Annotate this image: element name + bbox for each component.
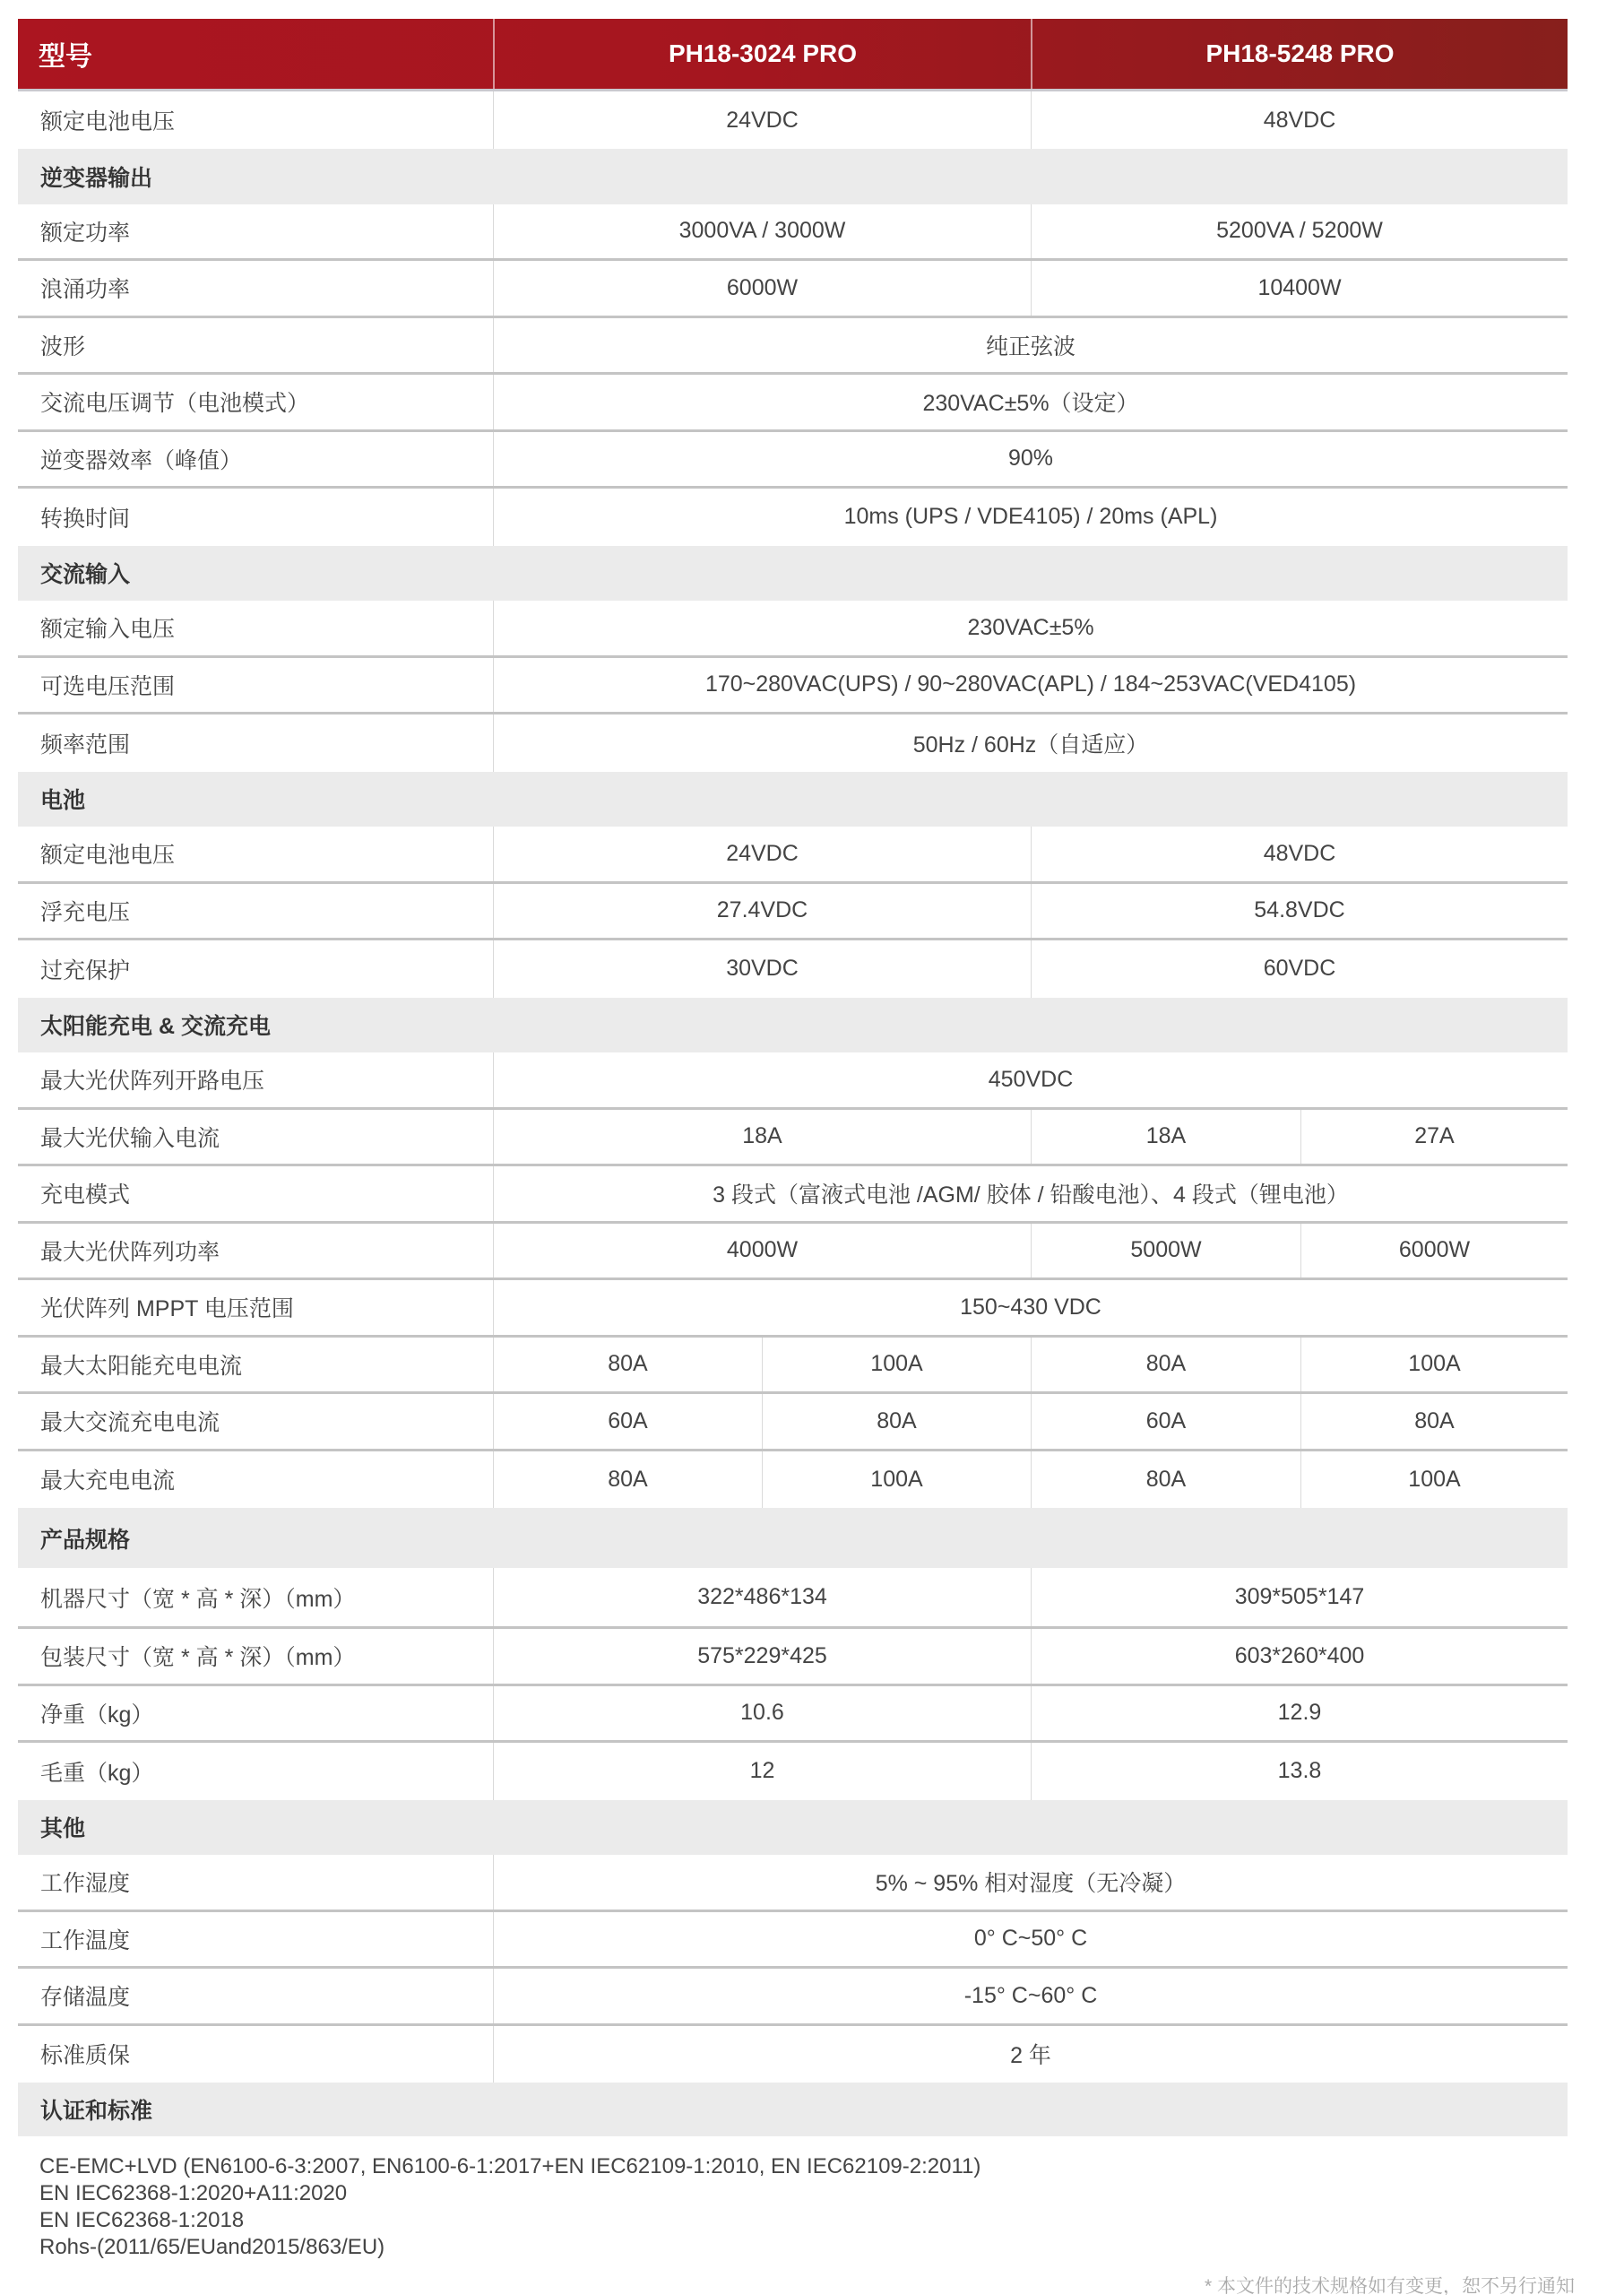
value-model-a: 24VDC — [493, 827, 1031, 881]
value-model-a: 30VDC — [493, 940, 1031, 998]
row-label: 额定电池电压 — [18, 91, 493, 149]
value-model-b: 12.9 — [1031, 1686, 1568, 1741]
spec-table: 型号 PH18-3024 PRO PH18-5248 PRO 额定电池电压 24… — [18, 19, 1568, 2261]
row-label: 最大充电电流 — [18, 1451, 493, 1509]
row-label: 净重（kg） — [18, 1686, 493, 1741]
value-shared: -15° C~60° C — [493, 1969, 1568, 2023]
certification-line: EN IEC62368-1:2018 — [39, 2207, 1568, 2234]
certification-line: CE-EMC+LVD (EN6100-6-3:2007, EN6100-6-1:… — [39, 2153, 1568, 2180]
spec-row: 额定电池电压 24VDC 48VDC — [18, 91, 1568, 149]
value-shared: 50Hz / 60Hz（自适应） — [493, 714, 1568, 772]
certification-line: Rohs-(2011/65/EUand2015/863/EU) — [39, 2234, 1568, 2261]
value-shared: 230VAC±5% — [493, 601, 1568, 655]
value-model-a: 4000W — [493, 1224, 1031, 1278]
value-model-a-variant-1: 60A — [493, 1394, 762, 1449]
value-model-b: 10400W — [1031, 261, 1568, 316]
value-model-b: 48VDC — [1031, 827, 1568, 881]
value-model-a-variant-2: 80A — [762, 1394, 1031, 1449]
header-model-ph18-3024: PH18-3024 PRO — [493, 19, 1031, 89]
section-battery: 电池 — [18, 772, 1568, 827]
value-model-b: 5200VA / 5200W — [1031, 204, 1568, 259]
row-label: 机器尺寸（宽 * 高 * 深）（mm） — [18, 1568, 493, 1626]
row-label: 包装尺寸（宽 * 高 * 深）（mm） — [18, 1629, 493, 1684]
row-label: 最大光伏阵列功率 — [18, 1224, 493, 1278]
value-model-a: 6000W — [493, 261, 1031, 316]
section-solar-ac-charging: 太阳能充电 & 交流充电 — [18, 998, 1568, 1053]
spec-row: 存储温度 -15° C~60° C — [18, 1969, 1568, 2026]
value-model-a: 575*229*425 — [493, 1629, 1031, 1684]
value-model-b-variant-1: 5000W — [1031, 1224, 1300, 1278]
value-model-b: 309*505*147 — [1031, 1568, 1568, 1626]
value-shared: 450VDC — [493, 1052, 1568, 1107]
spec-row: 净重（kg） 10.6 12.9 — [18, 1686, 1568, 1744]
value-model-a: 24VDC — [493, 91, 1031, 149]
row-label: 最大交流充电电流 — [18, 1394, 493, 1449]
row-label: 充电模式 — [18, 1166, 493, 1221]
spec-row: 浮充电压 27.4VDC 54.8VDC — [18, 884, 1568, 941]
value-shared: 2 年 — [493, 2026, 1568, 2083]
spec-row: 逆变器效率（峰值） 90% — [18, 432, 1568, 489]
row-label: 存储温度 — [18, 1969, 493, 2023]
section-ac-input: 交流输入 — [18, 546, 1568, 602]
spec-row: 转换时间 10ms (UPS / VDE4105) / 20ms (APL) — [18, 489, 1568, 546]
spec-row: 最大交流充电电流 60A 80A 60A 80A — [18, 1394, 1568, 1451]
value-model-b-variant-1: 80A — [1031, 1338, 1300, 1392]
value-model-a-variant-1: 80A — [493, 1338, 762, 1392]
value-model-b: 603*260*400 — [1031, 1629, 1568, 1684]
spec-row: 最大太阳能充电电流 80A 100A 80A 100A — [18, 1338, 1568, 1395]
row-label: 标准质保 — [18, 2026, 493, 2083]
value-model-a-variant-1: 80A — [493, 1451, 762, 1509]
value-model-b: 54.8VDC — [1031, 884, 1568, 939]
value-shared: 3 段式（富液式电池 /AGM/ 胶体 / 铅酸电池）、4 段式（锂电池） — [493, 1166, 1568, 1221]
spec-row: 标准质保 2 年 — [18, 2026, 1568, 2083]
row-label: 额定电池电压 — [18, 827, 493, 881]
spec-row: 最大光伏阵列功率 4000W 5000W 6000W — [18, 1224, 1568, 1281]
row-label: 最大太阳能充电电流 — [18, 1338, 493, 1392]
spec-row: 工作湿度 5% ~ 95% 相对湿度（无冷凝） — [18, 1855, 1568, 1912]
spec-row: 浪涌功率 6000W 10400W — [18, 261, 1568, 318]
certification-line: EN IEC62368-1:2020+A11:2020 — [39, 2180, 1568, 2207]
value-model-b: 60VDC — [1031, 940, 1568, 998]
value-model-a: 12 — [493, 1743, 1031, 1800]
spec-row: 额定功率 3000VA / 3000W 5200VA / 5200W — [18, 204, 1568, 262]
spec-row: 毛重（kg） 12 13.8 — [18, 1743, 1568, 1800]
spec-row: 机器尺寸（宽 * 高 * 深）（mm） 322*486*134 309*505*… — [18, 1568, 1568, 1629]
value-model-b-variant-1: 18A — [1031, 1110, 1300, 1165]
row-label: 可选电压范围 — [18, 658, 493, 713]
value-shared: 0° C~50° C — [493, 1912, 1568, 1967]
section-certifications: 认证和标准 — [18, 2083, 1568, 2136]
table-header: 型号 PH18-3024 PRO PH18-5248 PRO — [18, 19, 1568, 91]
spec-row: 波形 纯正弦波 — [18, 318, 1568, 376]
value-shared: 10ms (UPS / VDE4105) / 20ms (APL) — [493, 489, 1568, 546]
row-label: 工作湿度 — [18, 1855, 493, 1910]
spec-row: 频率范围 50Hz / 60Hz（自适应） — [18, 714, 1568, 772]
value-shared: 5% ~ 95% 相对湿度（无冷凝） — [493, 1855, 1568, 1910]
spec-row: 充电模式 3 段式（富液式电池 /AGM/ 胶体 / 铅酸电池）、4 段式（锂电… — [18, 1166, 1568, 1224]
row-label: 工作温度 — [18, 1912, 493, 1967]
value-shared: 150~430 VDC — [493, 1280, 1568, 1335]
spec-row: 过充保护 30VDC 60VDC — [18, 940, 1568, 998]
value-model-b-variant-2: 100A — [1300, 1451, 1568, 1509]
section-product-specs: 产品规格 — [18, 1508, 1568, 1568]
row-label: 最大光伏阵列开路电压 — [18, 1052, 493, 1107]
value-model-b: 13.8 — [1031, 1743, 1568, 1800]
row-label: 频率范围 — [18, 714, 493, 772]
spec-row: 最大充电电流 80A 100A 80A 100A — [18, 1451, 1568, 1509]
section-inverter-output: 逆变器输出 — [18, 149, 1568, 204]
value-model-b-variant-2: 6000W — [1300, 1224, 1568, 1278]
header-model-ph18-5248: PH18-5248 PRO — [1031, 19, 1568, 89]
value-model-a: 322*486*134 — [493, 1568, 1031, 1626]
value-shared: 170~280VAC(UPS) / 90~280VAC(APL) / 184~2… — [493, 658, 1568, 713]
spec-row: 工作温度 0° C~50° C — [18, 1912, 1568, 1970]
value-shared: 230VAC±5%（设定） — [493, 375, 1568, 429]
row-label: 波形 — [18, 318, 493, 373]
spec-row: 可选电压范围 170~280VAC(UPS) / 90~280VAC(APL) … — [18, 658, 1568, 715]
value-model-a-variant-2: 100A — [762, 1338, 1031, 1392]
value-shared: 纯正弦波 — [493, 318, 1568, 373]
section-other: 其他 — [18, 1800, 1568, 1856]
value-shared: 90% — [493, 432, 1568, 487]
spec-row: 光伏阵列 MPPT 电压范围 150~430 VDC — [18, 1280, 1568, 1338]
row-label: 毛重（kg） — [18, 1743, 493, 1800]
value-model-a-variant-2: 100A — [762, 1451, 1031, 1509]
spec-row: 额定电池电压 24VDC 48VDC — [18, 827, 1568, 884]
row-label: 额定输入电压 — [18, 601, 493, 655]
spec-row: 额定输入电压 230VAC±5% — [18, 601, 1568, 658]
header-model-label: 型号 — [18, 19, 493, 89]
row-label: 浮充电压 — [18, 884, 493, 939]
spec-row: 包装尺寸（宽 * 高 * 深）（mm） 575*229*425 603*260*… — [18, 1629, 1568, 1686]
row-label: 转换时间 — [18, 489, 493, 546]
row-label: 额定功率 — [18, 204, 493, 259]
value-model-b: 48VDC — [1031, 91, 1568, 149]
spec-row: 最大光伏阵列开路电压 450VDC — [18, 1052, 1568, 1110]
value-model-b-variant-2: 27A — [1300, 1110, 1568, 1165]
value-model-a: 10.6 — [493, 1686, 1031, 1741]
certification-list: CE-EMC+LVD (EN6100-6-3:2007, EN6100-6-1:… — [18, 2136, 1568, 2261]
row-label: 交流电压调节（电池模式） — [18, 375, 493, 429]
row-label: 浪涌功率 — [18, 261, 493, 316]
value-model-a: 18A — [493, 1110, 1031, 1165]
spec-row: 最大光伏输入电流 18A 18A 27A — [18, 1110, 1568, 1167]
value-model-b-variant-1: 80A — [1031, 1451, 1300, 1509]
value-model-b-variant-2: 80A — [1300, 1394, 1568, 1449]
value-model-b-variant-2: 100A — [1300, 1338, 1568, 1392]
row-label: 光伏阵列 MPPT 电压范围 — [18, 1280, 493, 1335]
value-model-a: 3000VA / 3000W — [493, 204, 1031, 259]
row-label: 过充保护 — [18, 940, 493, 998]
footnote-disclaimer: * 本文件的技术规格如有变更，恕不另行通知 — [1205, 2272, 1575, 2295]
spec-row: 交流电压调节（电池模式） 230VAC±5%（设定） — [18, 375, 1568, 432]
row-label: 最大光伏输入电流 — [18, 1110, 493, 1165]
row-label: 逆变器效率（峰值） — [18, 432, 493, 487]
value-model-b-variant-1: 60A — [1031, 1394, 1300, 1449]
value-model-a: 27.4VDC — [493, 884, 1031, 939]
